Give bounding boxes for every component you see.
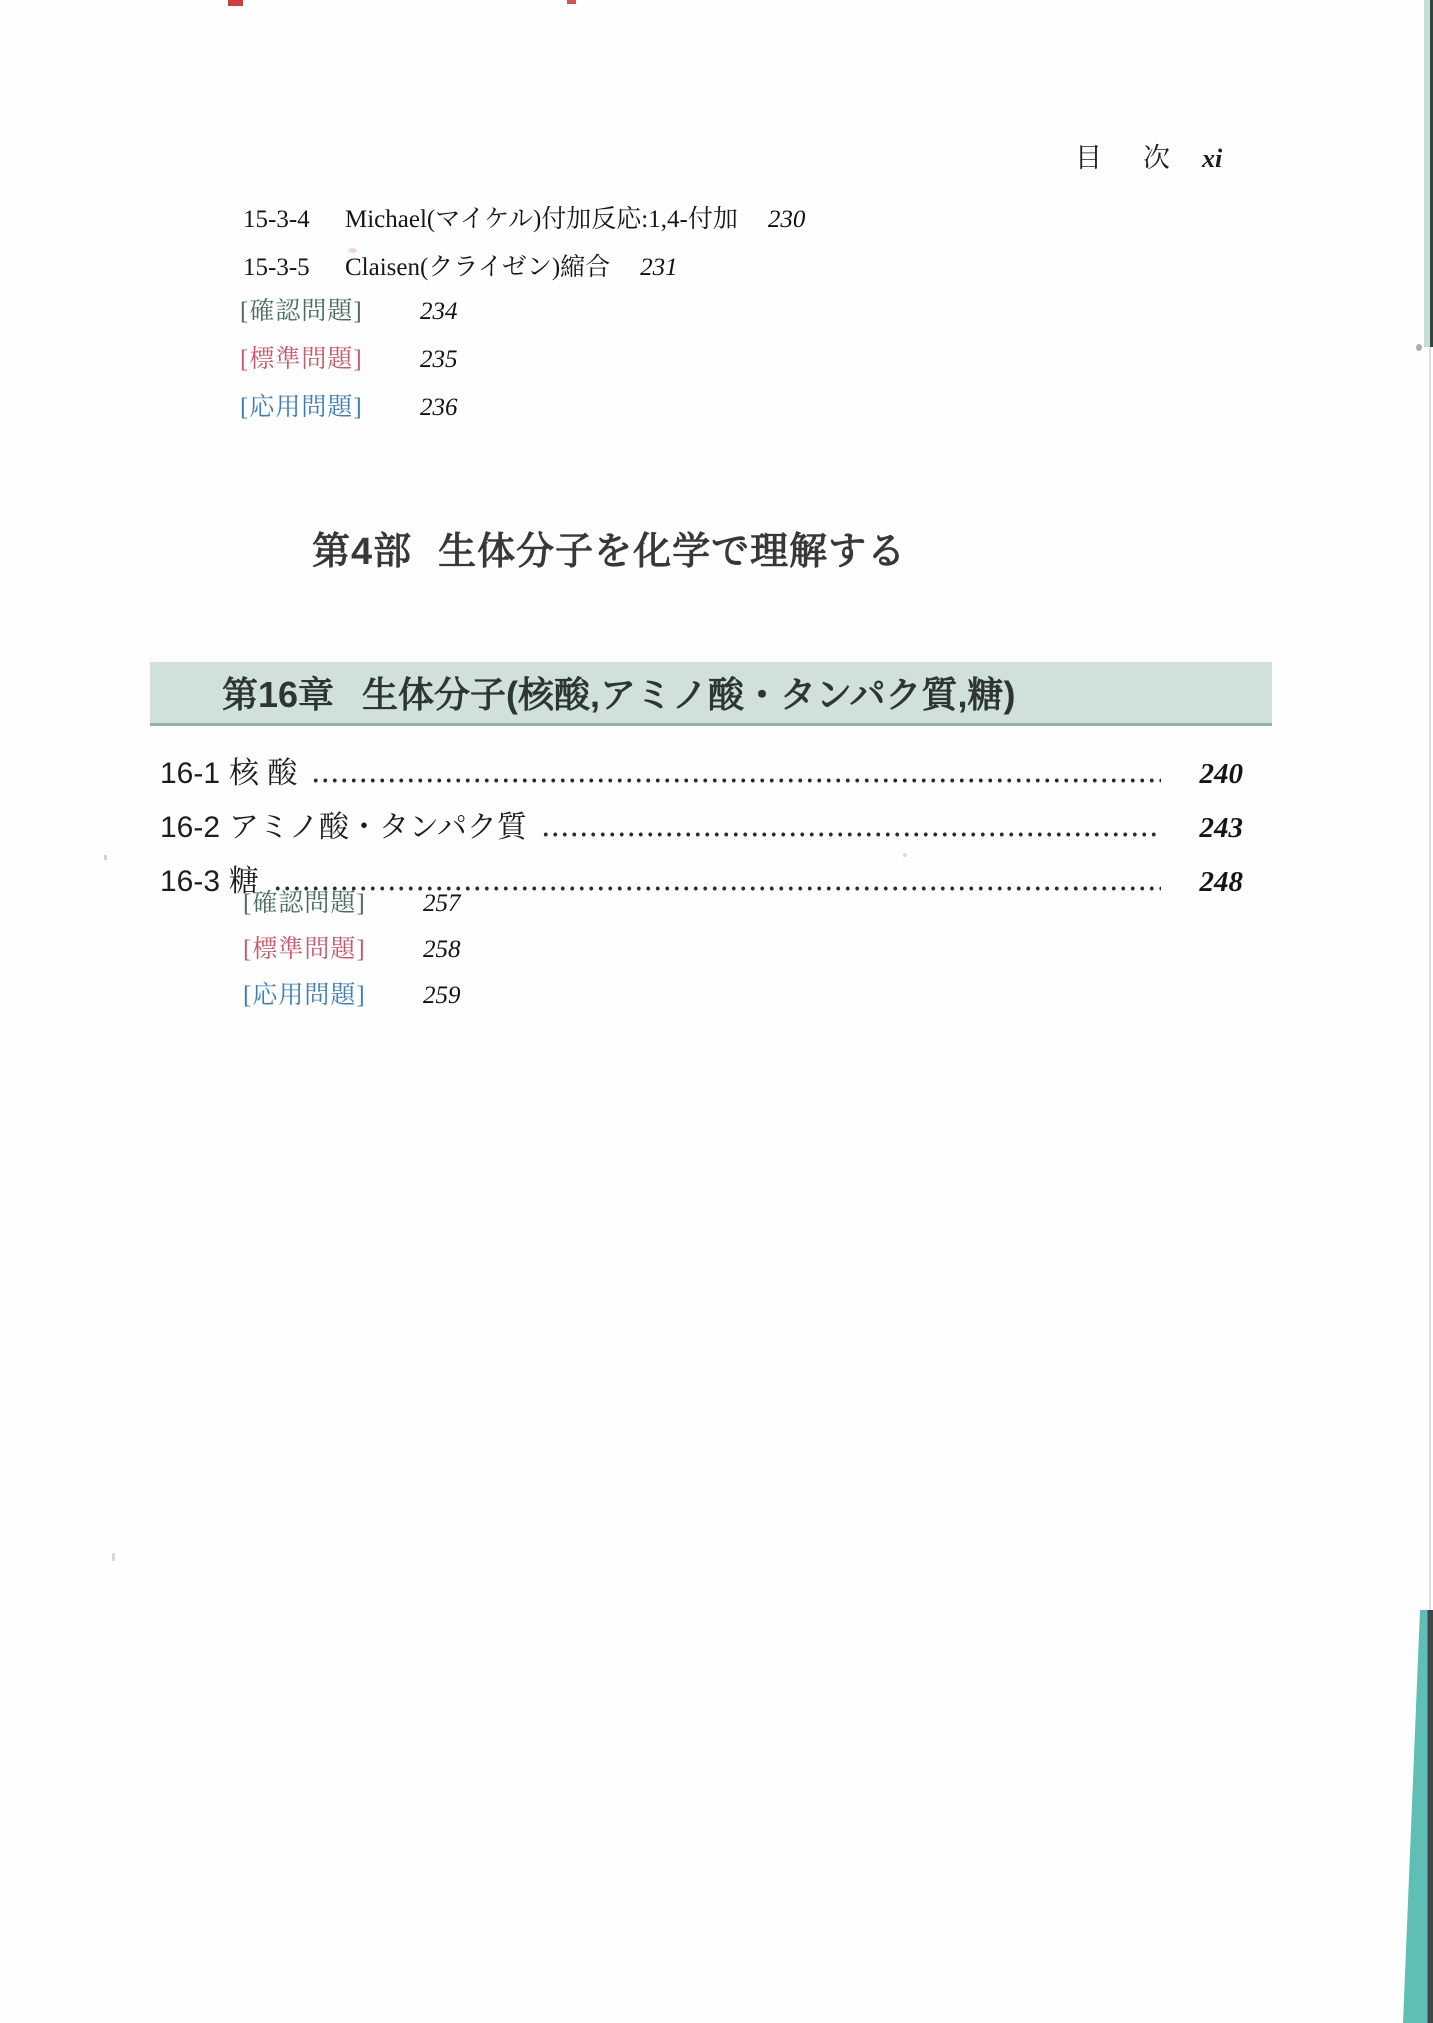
problem-row: [確認問題]257 [243,889,461,919]
part-heading: 第4部生体分子を化学で理解する [312,520,906,575]
scanned-toc-page: 目次xi 15-3-4Michael(マイケル)付加反応:1,4-付加230 1… [0,0,1433,2023]
chapter-heading-band: 第16章生体分子(核酸,アミノ酸・タンパク質,糖) [150,662,1272,726]
entry-title: Claisen(クライゼン)縮合 [345,254,610,281]
problem-row: [標準問題]235 [240,345,458,375]
section-page-number: 248 [1173,865,1243,899]
problem-page-number: 258 [423,936,461,963]
problem-label-confirm: [確認問題] [240,297,420,327]
problem-page-number: 259 [423,982,461,1009]
section-number: 16-3 [160,865,229,899]
problem-label-confirm: [確認問題] [243,889,423,919]
problem-row: [応用問題]259 [243,981,461,1011]
section-title: 核 酸 [229,757,297,791]
toc-entry-row: 15-3-5Claisen(クライゼン)縮合231 [243,252,678,284]
problem-page-number: 236 [420,394,458,421]
scan-speck [348,248,357,253]
page-edge-line [1429,347,1431,1610]
problem-page-number: 235 [420,346,458,373]
problem-row: [確認問題]234 [240,297,458,327]
scan-speck [112,1553,115,1561]
dot-leader [541,831,1161,838]
entry-title: Michael(マイケル)付加反応:1,4-付加 [345,206,738,233]
section-number: 16-2 [160,811,229,845]
page-edge-strip-top [1424,0,1433,347]
part-label: 第4部 [312,531,412,573]
running-head-title-char: 目 [1075,143,1102,173]
section-title: アミノ酸・タンパク質 [229,811,527,845]
section-row: 16-1核 酸240 [160,757,1243,791]
section-number: 16-1 [160,757,229,791]
section-row: 16-2アミノ酸・タンパク質243 [160,811,1243,845]
running-head: 目次xi [1075,136,1222,175]
scan-mark-red [567,0,576,4]
problem-row: [応用問題]236 [240,393,458,423]
toc-entry-row: 15-3-4Michael(マイケル)付加反応:1,4-付加230 [243,204,805,236]
dot-leader [311,777,1161,784]
scan-speck [104,855,107,860]
problem-label-standard: [標準問題] [240,345,420,375]
entry-page-number: 230 [768,206,806,233]
scan-mark-red [228,0,243,6]
problem-page-number: 257 [423,890,461,917]
part-title: 生体分子を化学で理解する [438,531,906,573]
problem-label-applied: [応用問題] [243,981,423,1011]
problem-page-number: 234 [420,298,458,325]
page-edge-strip-bottom [1400,1610,1433,2023]
entry-number: 15-3-4 [243,204,345,236]
section-page-number: 240 [1173,757,1243,791]
chapter-title: 生体分子(核酸,アミノ酸・タンパク質,糖) [362,667,1015,718]
scan-speck [903,853,907,857]
entry-page-number: 231 [640,254,678,281]
section-page-number: 243 [1173,811,1243,845]
running-head-page-number: xi [1202,144,1222,173]
running-head-title-char: 次 [1143,143,1170,173]
entry-number: 15-3-5 [243,252,345,284]
scan-speck [1416,344,1422,351]
problem-row: [標準問題]258 [243,935,461,965]
problem-label-applied: [応用問題] [240,393,420,423]
problem-label-standard: [標準問題] [243,935,423,965]
chapter-label: 第16章 [222,667,334,718]
